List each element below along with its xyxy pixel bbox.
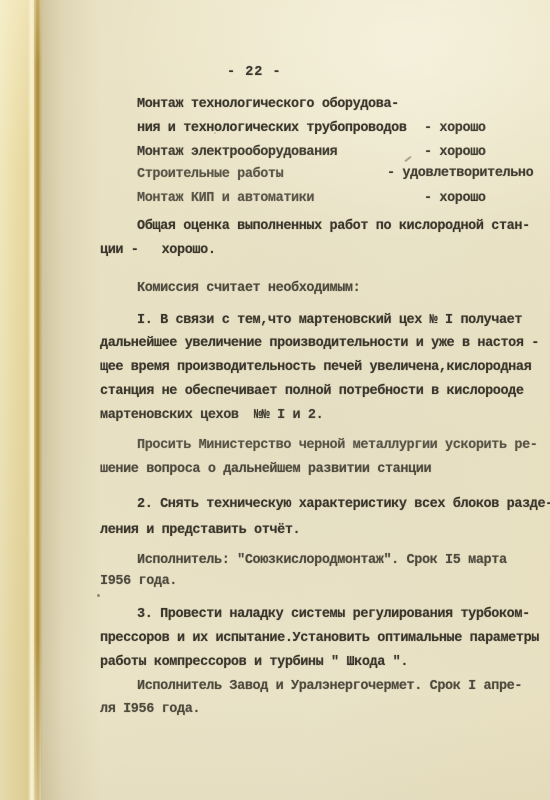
text-line: I956 года. [100, 573, 177, 591]
text-line: дальнейшее увеличение производительности… [100, 335, 539, 353]
text-line: Строительные работы [137, 166, 283, 184]
paper-speck [214, 132, 216, 134]
rating-value: - удовлетворительно [387, 165, 533, 183]
text-line: Комиссия считает необходимым: [137, 280, 360, 298]
text-line: шение вопроса о дальнейшем развитии стан… [100, 461, 431, 479]
text-line: Монтаж технологического оборудова- [137, 96, 399, 114]
rating-value: - хорошо [424, 144, 486, 162]
text-line: работы компрессоров и турбины " Шкода ". [100, 654, 408, 672]
text-line: 3. Провести наладку системы регулировани… [137, 606, 530, 624]
paper-speck [97, 594, 100, 597]
text-line: ления и представить отчёт. [100, 522, 300, 540]
text-line: Монтаж КИП и автоматики [137, 190, 314, 208]
text-line: Исполнитель Завод и Уралэнергочермет. Ср… [137, 678, 522, 696]
rating-value: - хорошо [424, 190, 486, 208]
text-line: Общая оценка выполненных работ по кислор… [137, 218, 530, 236]
text-line: ния и технологических трубопроводов [137, 120, 407, 138]
text-line: I. В связи с тем,что мартеновский цех № … [137, 312, 522, 330]
text-line: прессоров и их испытание.Установить опти… [100, 630, 539, 648]
page-number: - 22 - [227, 64, 282, 82]
text-line: станция не обеспечивает полной потребнос… [100, 383, 524, 401]
text-line: 2. Снять техническую характеристику всех… [137, 496, 550, 514]
text-line: ции - хорошо. [100, 242, 216, 260]
scanned-document: - 22 - Монтаж технологического оборудова… [0, 0, 550, 800]
text-line: ля I956 года. [100, 701, 200, 719]
rating-value: - хорошо [424, 120, 486, 138]
text-line: Исполнитель: "Союзкислородмонтаж". Срок … [137, 552, 507, 570]
text-line: Просить Министерство черной металлургии … [137, 437, 537, 455]
gutter-shadow [41, 0, 101, 800]
text-line: Монтаж электрооборудования [137, 144, 337, 162]
text-line: щее время производительность печей увели… [100, 359, 531, 377]
text-line: мартеновских цехов №№ I и 2. [100, 407, 323, 425]
